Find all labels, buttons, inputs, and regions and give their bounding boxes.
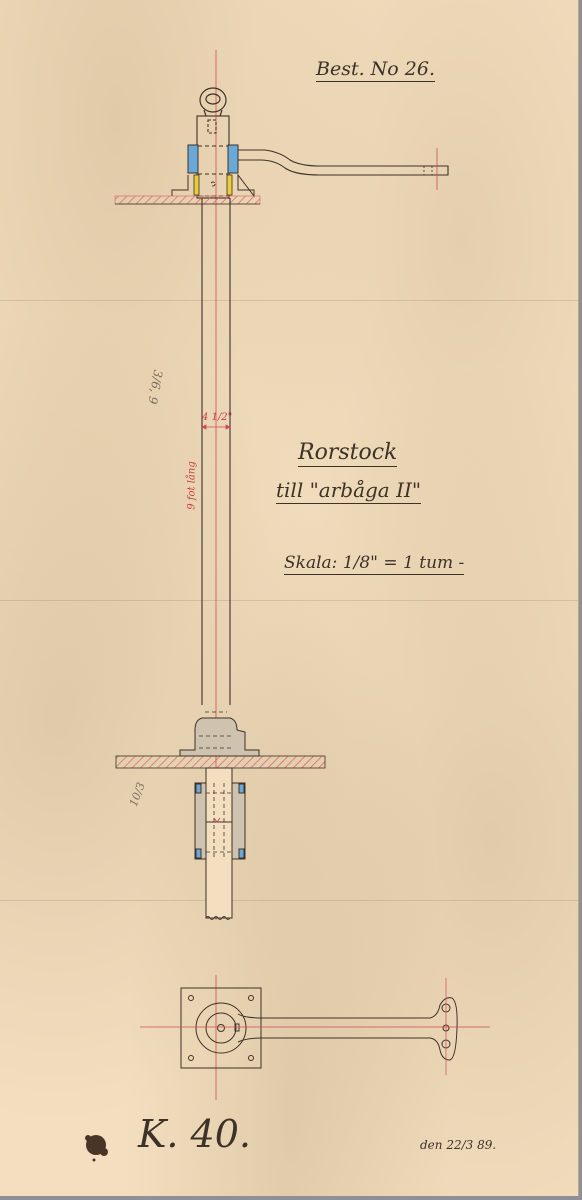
width-dimension-label: 4 1/2": [202, 412, 232, 423]
bearing-left: [188, 145, 198, 173]
tiller-arm: [238, 150, 448, 175]
drawing-subtitle: till "arbåga II": [276, 478, 421, 504]
ink-blot: [85, 1135, 108, 1162]
technical-drawing: [0, 0, 582, 1200]
upper-flange: [172, 175, 254, 196]
plan-view: [181, 988, 457, 1068]
catalog-number: K. 40.: [138, 1112, 251, 1156]
lifting-eye: [200, 88, 226, 116]
lower-deck-section: [116, 756, 325, 768]
drawing-scale: Skala: 1/8" = 1 tum -: [284, 553, 464, 575]
bearing-right: [228, 145, 238, 173]
lower-bearing: [195, 768, 245, 918]
drawing-sheet: Best. No 26. Rorstock till "arbåga II" S…: [0, 0, 579, 1196]
length-dimension-label: 9 fot lång: [187, 461, 198, 509]
drawing-title: Rorstock: [298, 440, 397, 467]
sheet-reference: Best. No 26.: [316, 58, 435, 82]
upper-deck-section: [115, 196, 260, 204]
date-note: den 22/3 89.: [420, 1138, 496, 1152]
bushing-left: [194, 175, 199, 195]
lower-gland: [180, 718, 259, 756]
bushing-right: [227, 175, 232, 195]
